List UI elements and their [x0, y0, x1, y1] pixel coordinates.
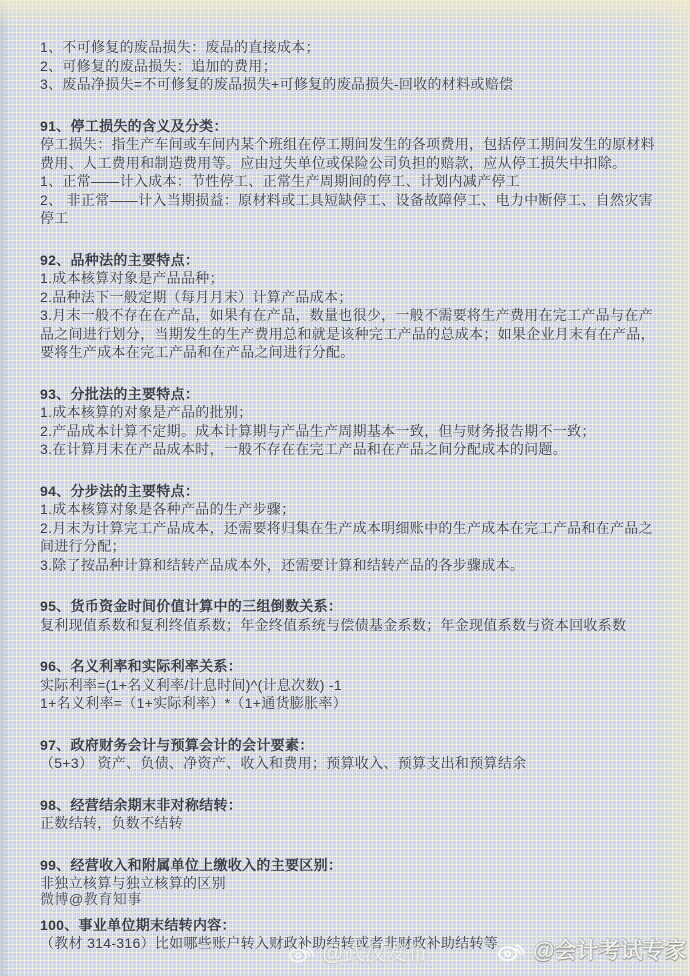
- section-92-title: 92、品种法的主要特点：: [40, 251, 658, 270]
- weibo-icon: [288, 940, 316, 964]
- section-94-line: 1.成本核算对象是各种产品的生产步骤；: [40, 500, 658, 519]
- section-99: 99、经营收入和附属单位上缴收入的主要区别： 非独立核算与独立核算的区别: [40, 856, 658, 893]
- section-92-line: 2.品种法下一般定期（每月月末）计算产品成本；: [40, 288, 658, 307]
- intro-line-2: 2、可修复的废品损失：追加的费用；: [40, 57, 658, 76]
- notes-content: 1、不可修复的废品损失：废品的直接成本； 2、可修复的废品损失：追加的费用； 3…: [40, 38, 658, 953]
- notes-page: { "page": { "footer_credit": "微博@教育知事", …: [0, 0, 690, 976]
- section-96: 96、名义利率和实际利率关系： 实际利率=(1+名义利率/计息时间)^(计息次数…: [40, 657, 658, 713]
- section-96-formula-2: 1+名义利率=（1+实际利率）*（1+通货膨胀率）: [40, 694, 658, 713]
- watermark-text: @会计考试专家: [533, 934, 686, 965]
- section-98-line: 正数结转，负数不结转: [40, 814, 658, 833]
- section-94-title: 94、分步法的主要特点：: [40, 482, 658, 501]
- section-99-title: 99、经营收入和附属单位上缴收入的主要区别：: [40, 856, 658, 875]
- section-92: 92、品种法的主要特点： 1.成本核算对象是产品品种； 2.品种法下一般定期（每…: [40, 251, 658, 362]
- section-93: 93、分批法的主要特点： 1.成本核算的对象是产品的批别； 2.产品成本计算不定…: [40, 385, 658, 459]
- section-95-line: 复利现值系数和复利终值系数；年金终值系统与偿债基金系数；年金现值系数与资本回收系…: [40, 616, 658, 635]
- section-92-line: 3.月末一般不存在在产品，如果有在产品，数量也很少，一般不需要将生产费用在完工产…: [40, 306, 658, 362]
- intro-line-3: 3、废品净损失=不可修复的废品损失+可修复的废品损失-回收的材料或赔偿: [40, 75, 658, 94]
- section-96-formula-1: 实际利率=(1+名义利率/计息时间)^(计息次数) -1: [40, 676, 658, 695]
- section-91-line: 停工损失：指生产车间或车间内某个班组在停工期间发生的各项费用，包括停工期间发生的…: [40, 135, 658, 172]
- section-91-line: 1、正常——计入成本：节性停工、正常生产周期间的停工、计划内减产停工: [40, 172, 658, 191]
- section-94-line: 3.除了按品种计算和结转产品成本外，还需要计算和结转产品的各步骤成本。: [40, 556, 658, 575]
- section-91: 91、停工损失的含义及分类： 停工损失：指生产车间或车间内某个班组在停工期间发生…: [40, 117, 658, 228]
- section-98-title: 98、经营结余期末非对称结转：: [40, 796, 658, 815]
- watermark-kuaiji-expert: @会计考试专家: [497, 934, 686, 965]
- section-95: 95、货币资金时间价值计算中的三组倒数关系： 复利现值系数和复利终值系数；年金终…: [40, 597, 658, 634]
- section-93-title: 93、分批法的主要特点：: [40, 385, 658, 404]
- section-93-line: 2.产品成本计算不定期。成本计算期与产品生产周期基本一致，但与财务报告期不一致；: [40, 422, 658, 441]
- section-94: 94、分步法的主要特点： 1.成本核算对象是各种产品的生产步骤； 2.月末为计算…: [40, 482, 658, 575]
- section-98: 98、经营结余期末非对称结转： 正数结转，负数不结转: [40, 796, 658, 833]
- section-96-title: 96、名义利率和实际利率关系：: [40, 657, 658, 676]
- section-91-title: 91、停工损失的含义及分类：: [40, 117, 658, 136]
- intro-line-1: 1、不可修复的废品损失：废品的直接成本；: [40, 38, 658, 57]
- section-93-line: 3.在计算月末在产品成本时，一般不存在在完工产品和在产品之间分配成本的问题。: [40, 440, 658, 459]
- weibo-icon: [497, 937, 527, 963]
- section-91-line: 2、 非正常——计入当期损益：原材料或工具短缺停工、设备故障停工、电力中断停工、…: [40, 191, 658, 228]
- section-95-title: 95、货币资金时间价值计算中的三组倒数关系：: [40, 597, 658, 616]
- section-94-line: 2.月末为计算完工产品成本，还需要将归集在生产成本明细账中的生产成本在完工产品和…: [40, 519, 658, 556]
- watermark-text: @武汉发布: [322, 937, 427, 967]
- section-93-line: 1.成本核算的对象是产品的批别；: [40, 403, 658, 422]
- section-97-line: （5+3） 资产、负债、净资产、收入和费用；预算收入、预算支出和预算结余: [40, 754, 658, 773]
- watermark-wuhan-fabu: @武汉发布: [288, 937, 427, 967]
- section-97: 97、政府财务会计与预算会计的会计要素： （5+3） 资产、负债、净资产、收入和…: [40, 736, 658, 773]
- footer-credit: 微博@教育知事: [40, 889, 142, 909]
- section-97-title: 97、政府财务会计与预算会计的会计要素：: [40, 736, 658, 755]
- section-100-title: 100、事业单位期末结转内容：: [40, 916, 658, 935]
- section-92-line: 1.成本核算对象是产品品种；: [40, 269, 658, 288]
